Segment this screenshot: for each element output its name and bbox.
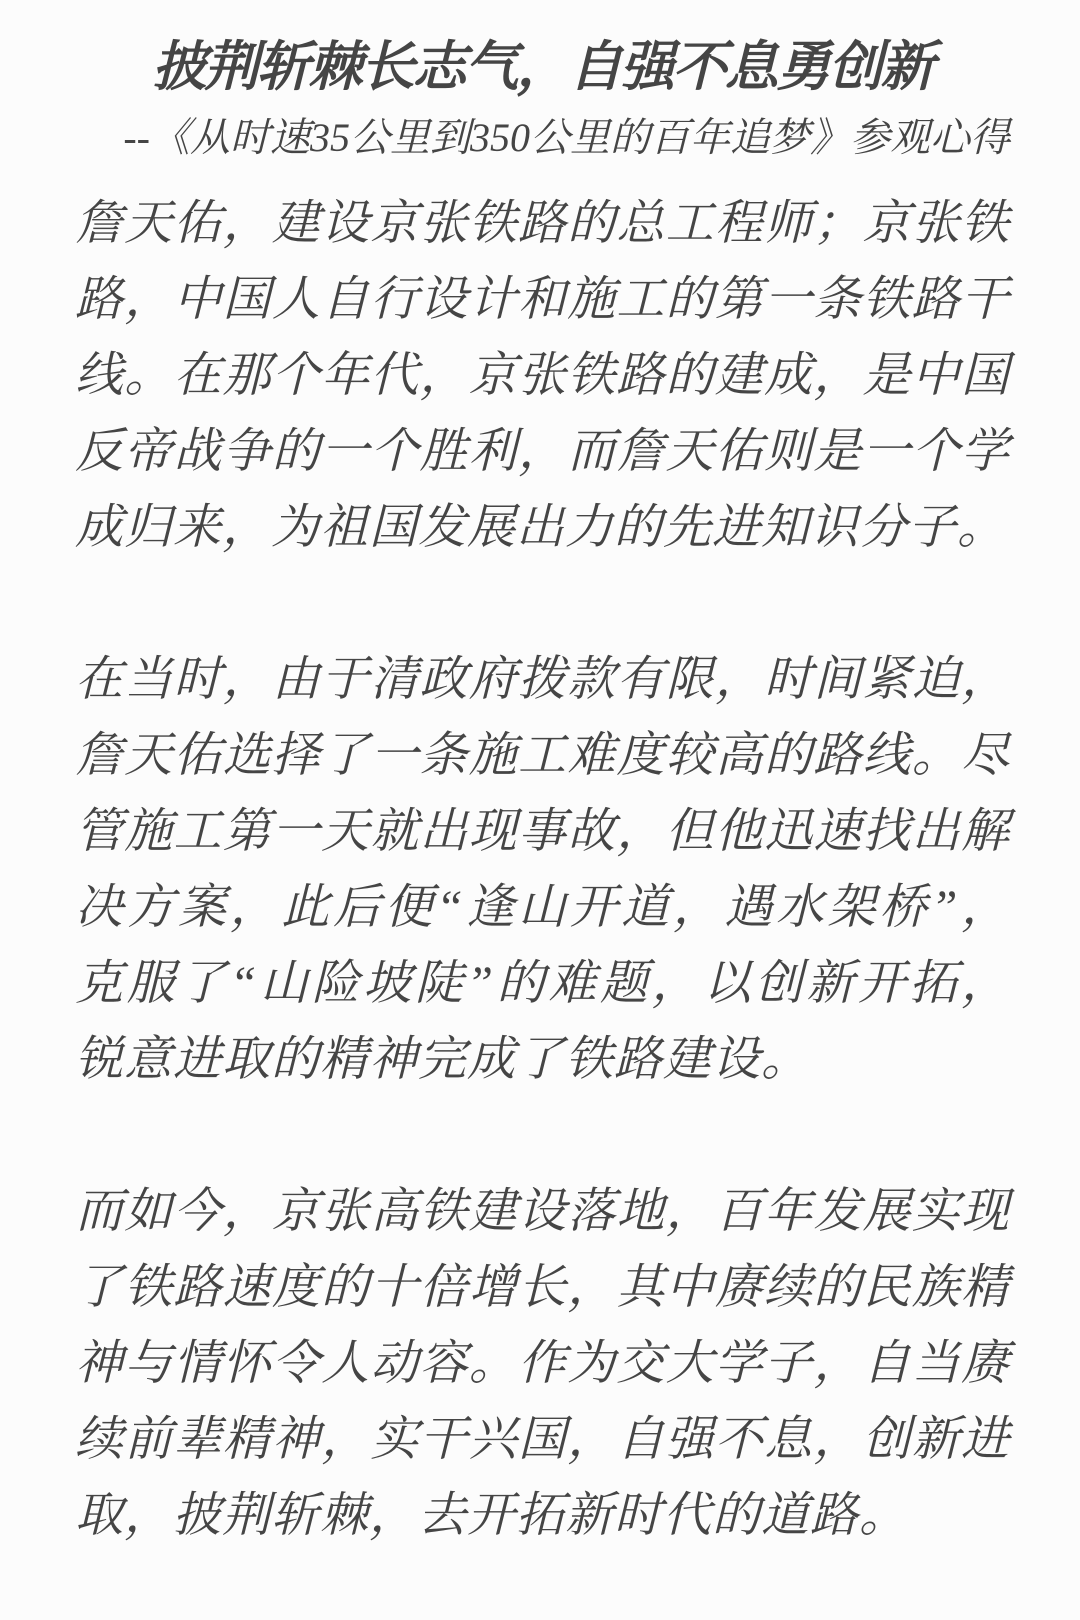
essay-page: 披荆斩棘长志气，自强不息勇创新 --《从时速35公里到350公里的百年追梦》参观… (0, 0, 1080, 1620)
essay-paragraph-1: 詹天佑，建设京张铁路的总工程师；京张铁路，中国人自行设计和施工的第一条铁路干线。… (75, 186, 1010, 566)
essay-body: 詹天佑，建设京张铁路的总工程师；京张铁路，中国人自行设计和施工的第一条铁路干线。… (75, 186, 1010, 1554)
essay-title: 披荆斩棘长志气，自强不息勇创新 (75, 30, 1010, 104)
essay-paragraph-3: 而如今，京张高铁建设落地，百年发展实现了铁路速度的十倍增长，其中赓续的民族精神与… (75, 1174, 1010, 1554)
essay-paragraph-2: 在当时，由于清政府拨款有限，时间紧迫，詹天佑选择了一条施工难度较高的路线。尽管施… (75, 642, 1010, 1098)
essay-subtitle: --《从时速35公里到350公里的百年追梦》参观心得 (75, 110, 1010, 166)
